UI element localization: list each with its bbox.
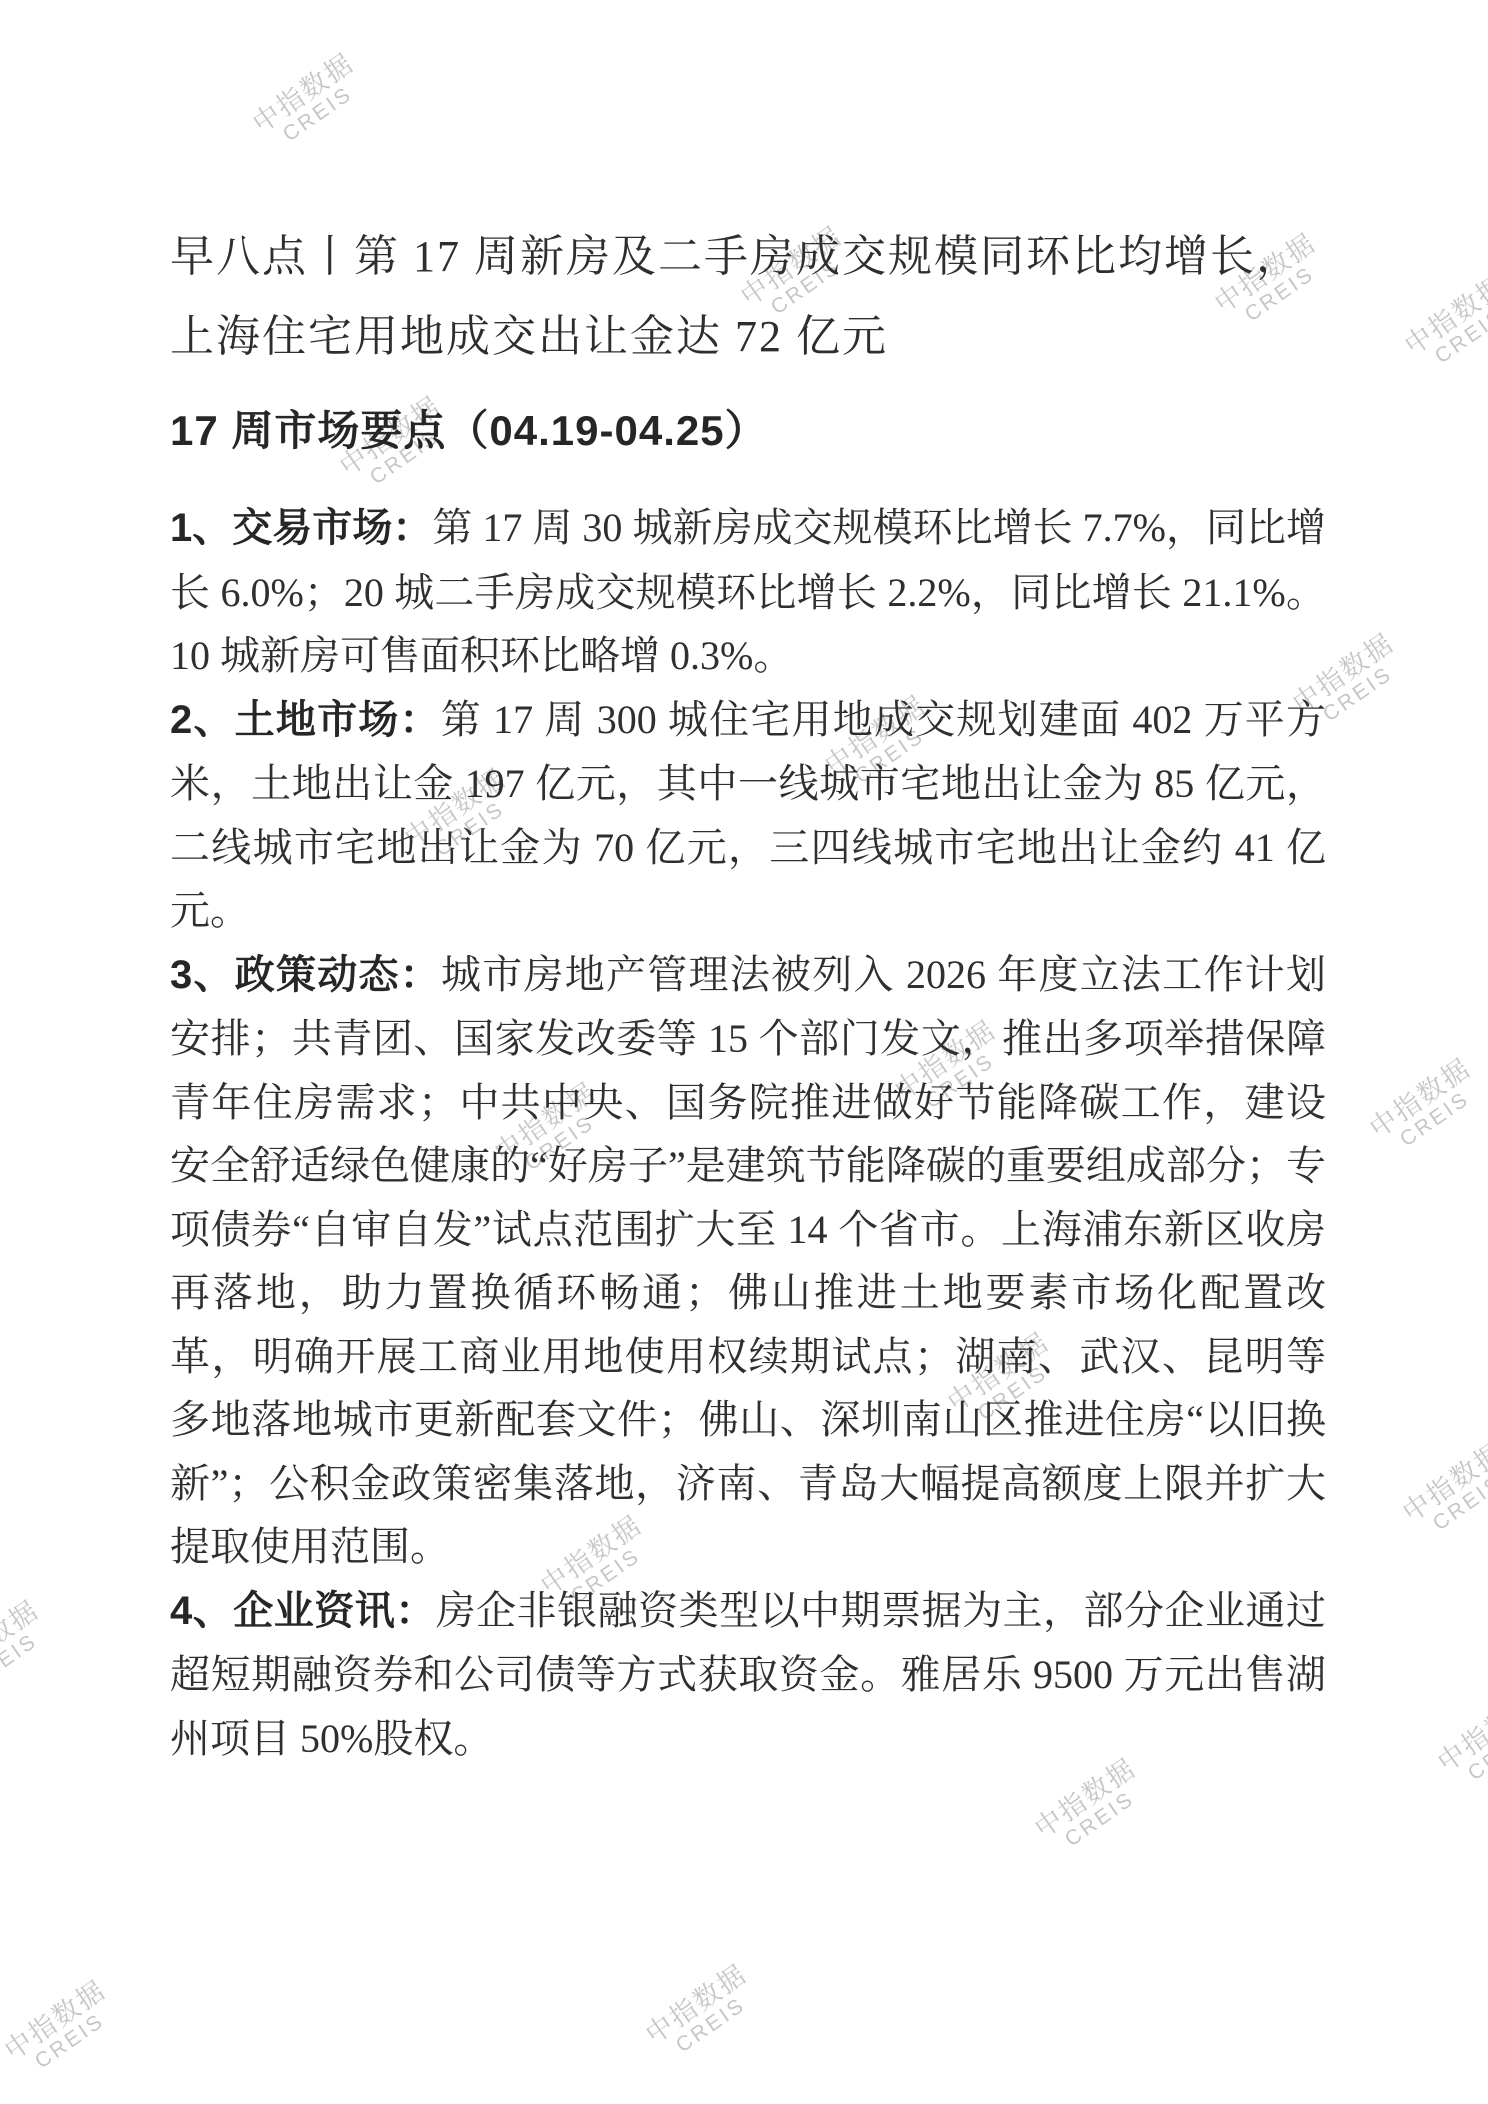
paragraph-land-market: 2、土地市场：第 17 周 300 城住宅用地成交规划建面 402 万平方米，土…	[170, 688, 1326, 943]
section-heading: 17 周市场要点（04.19-04.25）	[170, 405, 1360, 457]
body-text: 1、交易市场：第 17 周 30 城新房成交规模环比增长 7.7%，同比增长 6…	[170, 496, 1326, 1770]
paragraph-trading-market: 1、交易市场：第 17 周 30 城新房成交规模环比增长 7.7%，同比增长 6…	[170, 496, 1326, 688]
document-title-line-1: 早八点丨第 17 周新房及二手房成交规模同环比均增长，	[170, 217, 1360, 297]
document-content: 早八点丨第 17 周新房及二手房成交规模同环比均增长， 上海住宅用地成交出让金达…	[0, 0, 1488, 2104]
paragraph-company-news: 4、企业资讯：房企非银融资类型以中期票据为主，部分企业通过超短期融资券和公司债等…	[170, 1579, 1326, 1771]
paragraph-lead: 3、政策动态：	[170, 953, 441, 997]
paragraph-lead: 4、企业资讯：	[170, 1589, 436, 1633]
document-page: 中指数据CREIS中指数据CREIS中指数据CREIS中指数据CREIS中指数据…	[0, 0, 1488, 2104]
document-title: 早八点丨第 17 周新房及二手房成交规模同环比均增长， 上海住宅用地成交出让金达…	[170, 217, 1360, 377]
paragraph-lead: 1、交易市场：	[170, 506, 432, 550]
paragraph-lead: 2、土地市场：	[170, 698, 441, 742]
document-title-line-2: 上海住宅用地成交出让金达 72 亿元	[170, 297, 1360, 377]
paragraph-body: 城市房地产管理法被列入 2026 年度立法工作计划安排；共青团、国家发改委等 1…	[170, 952, 1326, 1570]
paragraph-policy-news: 3、政策动态：城市房地产管理法被列入 2026 年度立法工作计划安排；共青团、国…	[170, 943, 1326, 1579]
